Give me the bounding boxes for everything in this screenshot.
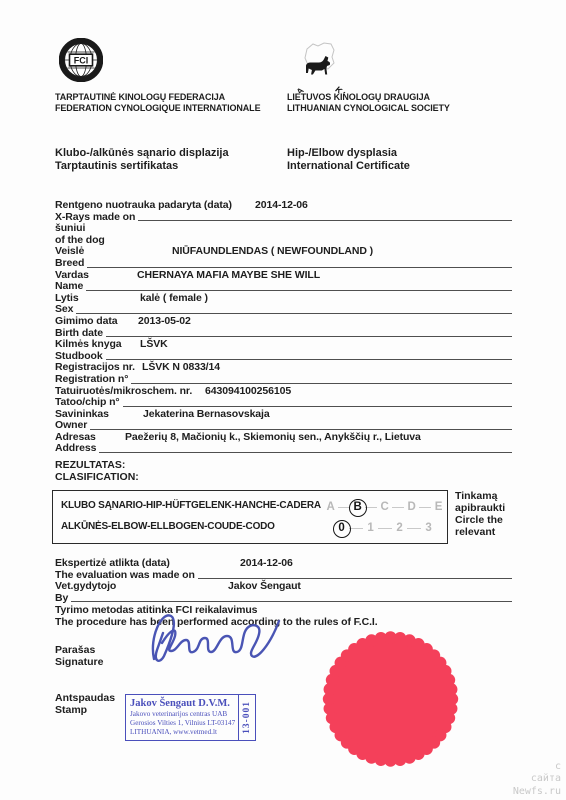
- field-value: 2014-12-06: [240, 558, 293, 570]
- title-en-line1: Hip-/Elbow dysplasia: [287, 147, 512, 160]
- field-value: 2013-05-02: [138, 316, 191, 328]
- elbow-label: ALKŪNĖS-ELBOW-ELLBOGEN-COUDE-CODO: [61, 521, 275, 532]
- results-heading: REZULTATAS: CLASIFICATION:: [55, 459, 512, 483]
- results-heading-lt: REZULTATAS:: [55, 459, 512, 471]
- fci-logo-area: FCI: [55, 36, 287, 86]
- hip-options: ABCDE: [323, 499, 446, 516]
- field-label-lt: Savininkas: [55, 408, 109, 420]
- field-underline: [76, 304, 512, 314]
- field-value: Jakov Šengaut: [228, 581, 301, 593]
- lkd-header-block: KINOLOGŲ LIETUVOS DRAUGIJA LIETUVOS KINO…: [287, 36, 512, 113]
- field-label-lt: Rentgeno nuotrauka padaryta (data): [55, 199, 232, 211]
- hip-label: KLUBO SĄNARIO-HIP-HÜFTGELENK-HANCHE-CADE…: [61, 500, 321, 511]
- field-underline: [123, 397, 512, 407]
- dog-silhouette: [306, 56, 330, 75]
- field-underline: [86, 281, 512, 291]
- watermark-line: с: [513, 761, 561, 774]
- fci-logo-text: FCI: [74, 55, 89, 65]
- option-dash: [392, 507, 404, 508]
- hip-row: KLUBO SĄNARIO-HIP-HÜFTGELENK-HANCHE-CADE…: [61, 500, 443, 511]
- field-name: VardasCHERNAYA MAFIA MAYBE SHE WILL Name: [55, 270, 512, 293]
- note-line: Circle the: [455, 514, 505, 526]
- note-line: Tinkamą: [455, 490, 505, 502]
- lkd-org-names: LIETUVOS KINOLOGŲ DRAUGIJA LITHUANIAN CY…: [287, 92, 512, 113]
- field-value: kalė ( female ): [140, 293, 208, 305]
- title-en: Hip-/Elbow dysplasia International Certi…: [287, 147, 512, 173]
- fci-header-block: FCI TARPTAUTINĖ KINOLOGŲ FEDERACIJA FEDE…: [55, 36, 287, 113]
- field-underline: [106, 328, 512, 338]
- field-evaluation-date: Ekspertizė atlikta (data)2014-12-06 The …: [55, 558, 512, 581]
- title-lt-line2: Tarptautinis sertifikatas: [55, 160, 287, 173]
- certificate-page: FCI TARPTAUTINĖ KINOLOGŲ FEDERACIJA FEDE…: [0, 0, 566, 800]
- hip-option: B: [350, 499, 365, 516]
- lkd-dog-logo: KINOLOGŲ LIETUVOS DRAUGIJA: [287, 27, 353, 93]
- field-breed: VeislėNIŪFAUNDLENDAS ( NEWFOUNDLAND ) Br…: [55, 246, 512, 269]
- fci-globe-logo: FCI: [59, 38, 103, 82]
- watermark: с сайта Newfs.ru: [513, 761, 561, 799]
- elbow-option: 3: [421, 520, 436, 537]
- field-xray-date: Rentgeno nuotrauka padaryta (data)2014-1…: [55, 200, 512, 223]
- option-dash: [407, 528, 421, 529]
- field-underline: [131, 374, 512, 384]
- hip-option: C: [377, 499, 392, 516]
- field-label-lt: Tatuiruotės/mikroschem. nr.: [55, 385, 192, 397]
- field-of-the-dog: šuniui of the dog: [55, 223, 512, 246]
- field-label-en: Address: [55, 443, 96, 455]
- stamp-clinic: Jakovo veterinarijos centras UAB: [130, 710, 236, 719]
- field-address: AdresasPaežerių 8, Mačionių k., Skiemoni…: [55, 432, 512, 455]
- field-tattoo-chip: Tatuiruotės/mikroschem. nr.6430941002561…: [55, 386, 512, 409]
- note-line: apibraukti: [455, 502, 505, 514]
- title-lt: Klubo-/alkūnės sąnario displazija Tarpta…: [55, 147, 287, 173]
- field-value: Paežerių 8, Mačionių k., Skiemonių sen.,…: [125, 432, 421, 444]
- field-label-lt: Lytis: [55, 292, 79, 304]
- elbow-option: 2: [392, 520, 407, 537]
- field-value: Jekaterina Bernasovskaja: [143, 409, 270, 421]
- handwritten-signature: [140, 595, 295, 675]
- results-section: REZULTATAS: CLASIFICATION: KLUBO SĄNARIO…: [55, 459, 512, 544]
- elbow-option: 0: [334, 520, 349, 537]
- field-label-lt: Ekspertizė atlikta (data): [55, 557, 170, 569]
- field-studbook: Kilmės knygaLŠVK Studbook: [55, 339, 512, 362]
- fci-name-lt: TARPTAUTINĖ KINOLOGŲ FEDERACIJA: [55, 92, 287, 103]
- field-label-lt: Gimimo data: [55, 315, 118, 327]
- field-owner: SavininkasJekaterina Bernasovskaja Owner: [55, 409, 512, 432]
- hip-option: A: [323, 499, 338, 516]
- watermark-line: Newfs.ru: [513, 786, 561, 799]
- field-label-en: By: [55, 593, 68, 605]
- field-underline: [198, 570, 512, 580]
- stamp-number-column: 13-001: [238, 695, 255, 740]
- elbow-options: 0123: [334, 520, 436, 537]
- circle-relevant-note: Tinkamą apibraukti Circle the relevant: [455, 490, 505, 538]
- lkd-logo-area: KINOLOGŲ LIETUVOS DRAUGIJA: [287, 36, 512, 86]
- option-dash: [365, 507, 377, 508]
- red-seal: [322, 629, 459, 769]
- option-dash: [419, 507, 431, 508]
- field-underline: [99, 443, 512, 453]
- title-lt-line1: Klubo-/alkūnės sąnario displazija: [55, 147, 287, 160]
- stamp-number: 13-001: [242, 701, 252, 734]
- field-underline: [138, 212, 512, 222]
- red-seal-svg: [322, 629, 459, 769]
- field-label-lt: šuniui: [55, 222, 85, 234]
- field-birth-date: Gimimo data2013-05-02 Birth date: [55, 316, 512, 339]
- lkd-name-lt: LIETUVOS KINOLOGŲ DRAUGIJA: [287, 92, 512, 103]
- field-label-lt: Registracijos nr.: [55, 361, 135, 373]
- hip-option: E: [431, 499, 446, 516]
- lkd-name-en: LITHUANIAN CYNOLOGICAL SOCIETY: [287, 103, 512, 114]
- field-registration: Registracijos nr.LŠVK N 0833/14 Registra…: [55, 362, 512, 385]
- stamp-vet-name: Jakov Šengaut D.V.M.: [130, 698, 236, 710]
- header: FCI TARPTAUTINĖ KINOLOGŲ FEDERACIJA FEDE…: [55, 36, 512, 113]
- field-label-lt: Veislė: [55, 245, 84, 257]
- field-value: CHERNAYA MAFIA MAYBE SHE WILL: [137, 270, 320, 282]
- form-fields: Rentgeno nuotrauka padaryta (data)2014-1…: [55, 200, 512, 455]
- field-label-lt: Adresas: [55, 431, 96, 443]
- title-en-line2: International Certificate: [287, 160, 512, 173]
- field-label-lt: Vet.gydytojo: [55, 580, 116, 592]
- field-label-lt: Vardas: [55, 269, 89, 281]
- field-label-lt: Kilmės knyga: [55, 338, 122, 350]
- results-box: KLUBO SĄNARIO-HIP-HÜFTGELENK-HANCHE-CADE…: [52, 490, 448, 544]
- stamp-country-site: LITHUANIA, www.vetmed.lt: [130, 728, 236, 737]
- field-sex: Lytiskalė ( female ) Sex: [55, 293, 512, 316]
- elbow-row: ALKŪNĖS-ELBOW-ELLBOGEN-COUDE-CODO 0123: [61, 521, 443, 532]
- note-line: relevant: [455, 526, 505, 538]
- field-value: LŠVK N 0833/14: [142, 362, 220, 374]
- hip-option: D: [404, 499, 419, 516]
- fci-name-fr: FEDERATION CYNOLOGIQUE INTERNATIONALE: [55, 103, 287, 114]
- field-underline: [90, 420, 512, 430]
- results-heading-en: CLASIFICATION:: [55, 471, 512, 483]
- vet-stamp-text: Jakov Šengaut D.V.M. Jakovo veterinarijo…: [126, 695, 238, 740]
- stamp-address: Gerosios Vilties 1, Vilnius LT-03147: [130, 719, 236, 728]
- field-underline: [106, 351, 512, 361]
- option-dash: [349, 528, 363, 529]
- watermark-line: сайта: [513, 773, 561, 786]
- elbow-option: 1: [363, 520, 378, 537]
- field-value: NIŪFAUNDLENDAS ( NEWFOUNDLAND ): [172, 246, 373, 258]
- title-row: Klubo-/alkūnės sąnario displazija Tarpta…: [55, 147, 512, 173]
- field-value: LŠVK: [140, 339, 168, 351]
- option-dash: [378, 528, 392, 529]
- field-underline: [87, 258, 512, 268]
- field-value: 2014-12-06: [255, 200, 308, 212]
- vet-stamp-box: Jakov Šengaut D.V.M. Jakovo veterinarijo…: [125, 694, 256, 741]
- field-value: 643094100256105: [205, 386, 291, 398]
- fci-org-names: TARPTAUTINĖ KINOLOGŲ FEDERACIJA FEDERATI…: [55, 92, 287, 113]
